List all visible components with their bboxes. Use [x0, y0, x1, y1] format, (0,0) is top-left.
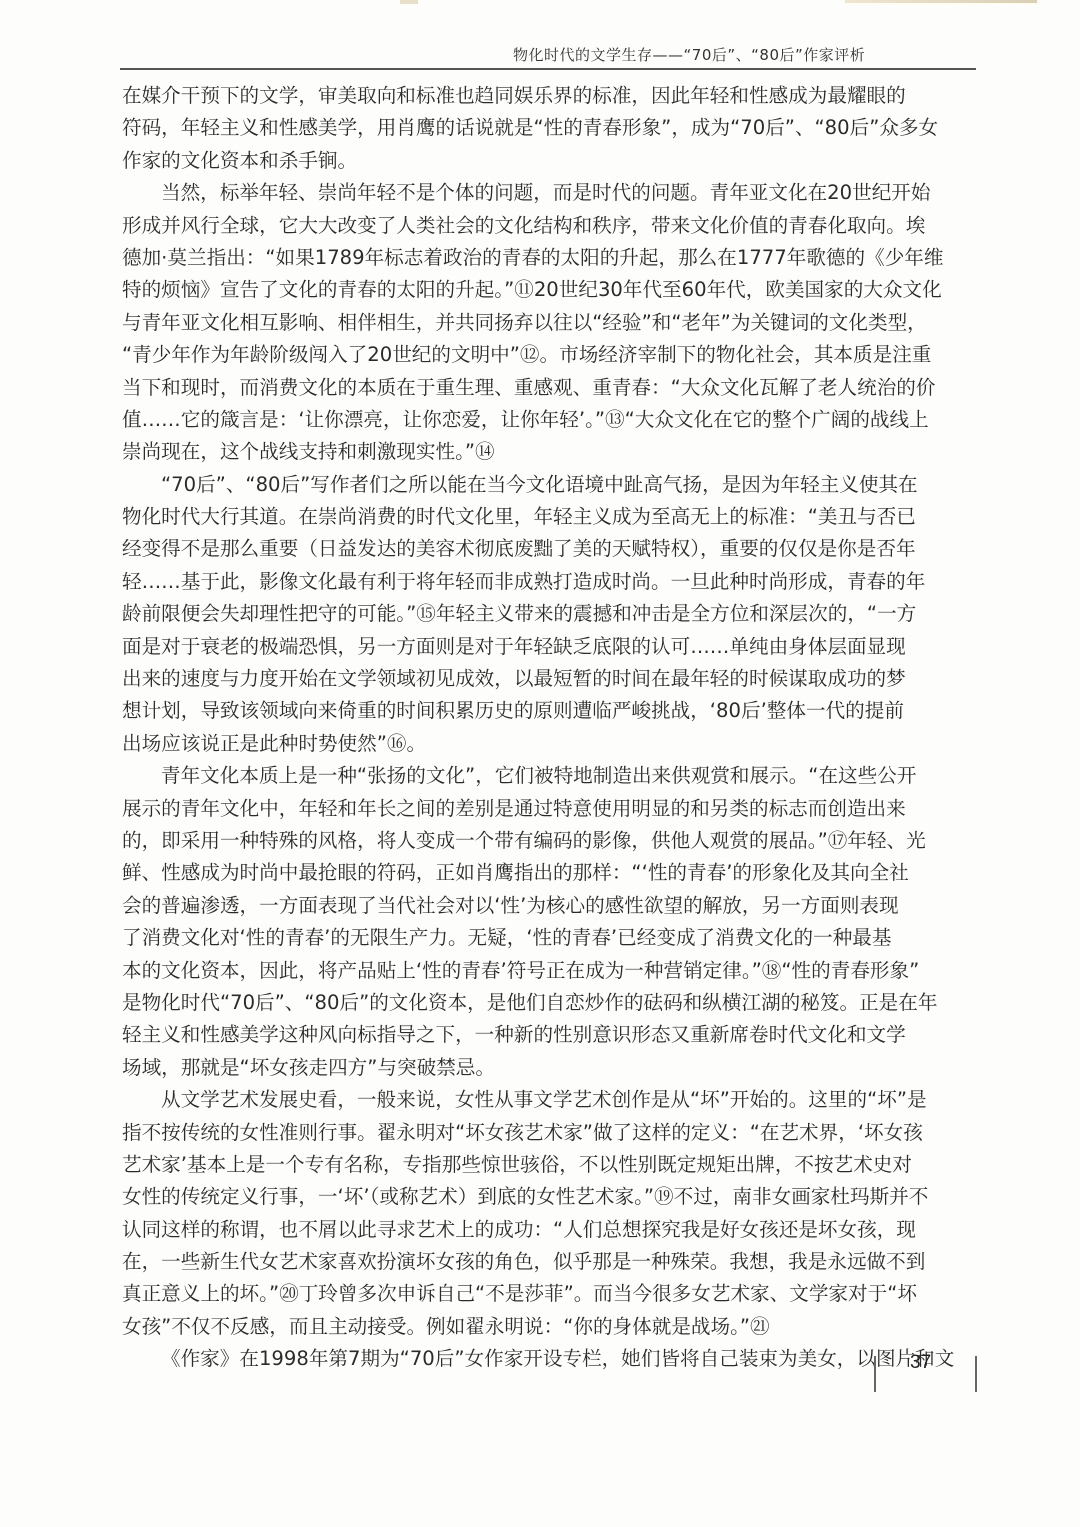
text-line: 作家的文化资本和杀手锏。 — [122, 145, 857, 177]
text-line: 展示的青年文化中，年轻和年长之间的差别是通过特意使用明显的和另类的标志而创造出来 — [122, 793, 857, 825]
text-line: 出场应该说正是此种时势使然”⑯。 — [122, 728, 857, 760]
text-line: 值……它的箴言是：‘让你漂亮，让你恋爱，让你年轻’。”⑬“大众文化在它的整个广阔… — [122, 404, 857, 436]
text-line: 艺术家’基本上是一个专有名称，专指那些惊世骇俗，不以性别既定规矩出牌，不按艺术史… — [122, 1149, 857, 1181]
text-line: 轻主义和性感美学这种风向标指导之下，一种新的性别意识形态又重新席卷时代文化和文学 — [122, 1019, 857, 1051]
text-line: 在媒介干预下的文学，审美取向和标准也趋同娱乐界的标准，因此年轻和性感成为最耀眼的 — [122, 80, 857, 112]
text-line: 经变得不是那么重要（日益发达的美容术彻底废黜了美的天赋特权），重要的仅仅是你是否… — [122, 533, 857, 565]
text-line: 当然，标举年轻、崇尚年轻不是个体的问题，而是时代的问题。青年亚文化在20世纪开始 — [122, 177, 857, 209]
text-line: “青少年作为年龄阶级闯入了20世纪的文明中”⑫。市场经济宰制下的物化社会，其本质… — [122, 339, 857, 371]
text-line: 从文学艺术发展史看，一般来说，女性从事文学艺术创作是从“坏”开始的。这里的“坏”… — [122, 1084, 857, 1116]
text-line: 轻……基于此，影像文化最有利于将年轻而非成熟打造成时尚。一旦此种时尚形成，青春的… — [122, 566, 857, 598]
header-rule — [120, 68, 976, 70]
text-line: 想计划，导致该领域向来倚重的时间积累历史的原则遭临严峻挑战，‘80后’整体一代的… — [122, 695, 857, 727]
folio-rule-left — [874, 1356, 876, 1392]
text-line: 是物化时代“70后”、“80后”的文化资本，是他们自恋炒作的砝码和纵横江湖的秘笈… — [122, 987, 857, 1019]
text-line: 崇尚现在，这个战线支持和刺激现实性。”⑭ — [122, 436, 857, 468]
text-line: 《作家》在1998年第7期为“70后”女作家开设专栏，她们皆将自己装束为美女，以… — [122, 1343, 857, 1375]
text-line: 符码，年轻主义和性感美学，用肖鹰的话说就是“性的青春形象”，成为“70后”、“8… — [122, 112, 857, 144]
text-line: “70后”、“80后”写作者们之所以能在当今文化语境中趾高气扬，是因为年轻主义使… — [122, 469, 857, 501]
text-line: 出来的速度与力度开始在文学领域初见成效，以最短暂的时间在最年轻的时候谋取成功的梦 — [122, 663, 857, 695]
text-line: 在，一些新生代女艺术家喜欢扮演坏女孩的角色，似乎那是一种殊荣。我想，我是永远做不… — [122, 1246, 857, 1278]
text-line: 真正意义上的坏。”⑳丁玲曾多次申诉自己“不是莎菲”。而当今很多女艺术家、文学家对… — [122, 1278, 857, 1310]
text-line: 物化时代大行其道。在崇尚消费的时代文化里，年轻主义成为至高无上的标准：“美丑与否… — [122, 501, 857, 533]
text-line: 龄前限便会失却理性把守的可能。”⑮年轻主义带来的震撼和冲击是全方位和深层次的，“… — [122, 598, 857, 630]
text-line: 女性的传统定义行事，一‘坏’（或称艺术）到底的女性艺术家。”⑲不过，南非女画家杜… — [122, 1181, 857, 1213]
text-line: 特的烦恼》宣告了文化的青春的太阳的升起。”⑪20世纪30年代至60年代，欧美国家… — [122, 274, 857, 306]
text-line: 的，即采用一种特殊的风格，将人变成一个带有编码的影像，供他人观赏的展品。”⑰年轻… — [122, 825, 857, 857]
page-number: 37 — [910, 1352, 931, 1374]
scan-artifact — [845, 0, 1037, 3]
text-line: 女孩”不仅不反感，而且主动接受。例如翟永明说：“你的身体就是战场。”㉑ — [122, 1311, 857, 1343]
text-line: 指不按传统的女性准则行事。翟永明对“坏女孩艺术家”做了这样的定义：“在艺术界，‘… — [122, 1117, 857, 1149]
text-line: 本的文化资本，因此，将产品贴上‘性的青春’符号正在成为一种营销定律。”⑱“性的青… — [122, 955, 857, 987]
text-line: 场域，那就是“坏女孩走四方”与突破禁忌。 — [122, 1052, 857, 1084]
body-text: 在媒介干预下的文学，审美取向和标准也趋同娱乐界的标准，因此年轻和性感成为最耀眼的… — [122, 80, 857, 1376]
text-line: 青年文化本质上是一种“张扬的文化”，它们被特地制造出来供观赏和展示。“在这些公开 — [122, 760, 857, 792]
running-head: 物化时代的文学生存——“70后”、“80后”作家评析 — [513, 44, 865, 65]
text-line: 了消费文化对‘性的青春’的无限生产力。无疑，‘性的青春’已经变成了消费文化的一种… — [122, 922, 857, 954]
text-line: 与青年亚文化相互影响、相伴相生，并共同扬弃以往以“经验”和“老年”为关键词的文化… — [122, 307, 857, 339]
text-line: 认同这样的称谓，也不屑以此寻求艺术上的成功：“人们总想探究我是好女孩还是坏女孩，… — [122, 1214, 857, 1246]
scan-artifact — [400, 0, 418, 4]
text-line: 会的普遍渗透，一方面表现了当代社会对以‘性’为核心的感性欲望的解放，另一方面则表… — [122, 890, 857, 922]
folio-rule-right — [975, 1356, 977, 1392]
text-line: 当下和现时，而消费文化的本质在于重生理、重感观、重青春：“大众文化瓦解了老人统治… — [122, 372, 857, 404]
text-line: 鲜、性感成为时尚中最抢眼的符码，正如肖鹰指出的那样：“‘性的青春’的形象化及其向… — [122, 857, 857, 889]
text-line: 面是对于衰老的极端恐惧，另一方面则是对于年轻缺乏底限的认可……单纯由身体层面显现 — [122, 631, 857, 663]
text-line: 形成并风行全球，它大大改变了人类社会的文化结构和秩序，带来文化价值的青春化取向。… — [122, 210, 857, 242]
text-line: 德加·莫兰指出：“如果1789年标志着政治的青春的太阳的升起，那么在1777年歌… — [122, 242, 857, 274]
